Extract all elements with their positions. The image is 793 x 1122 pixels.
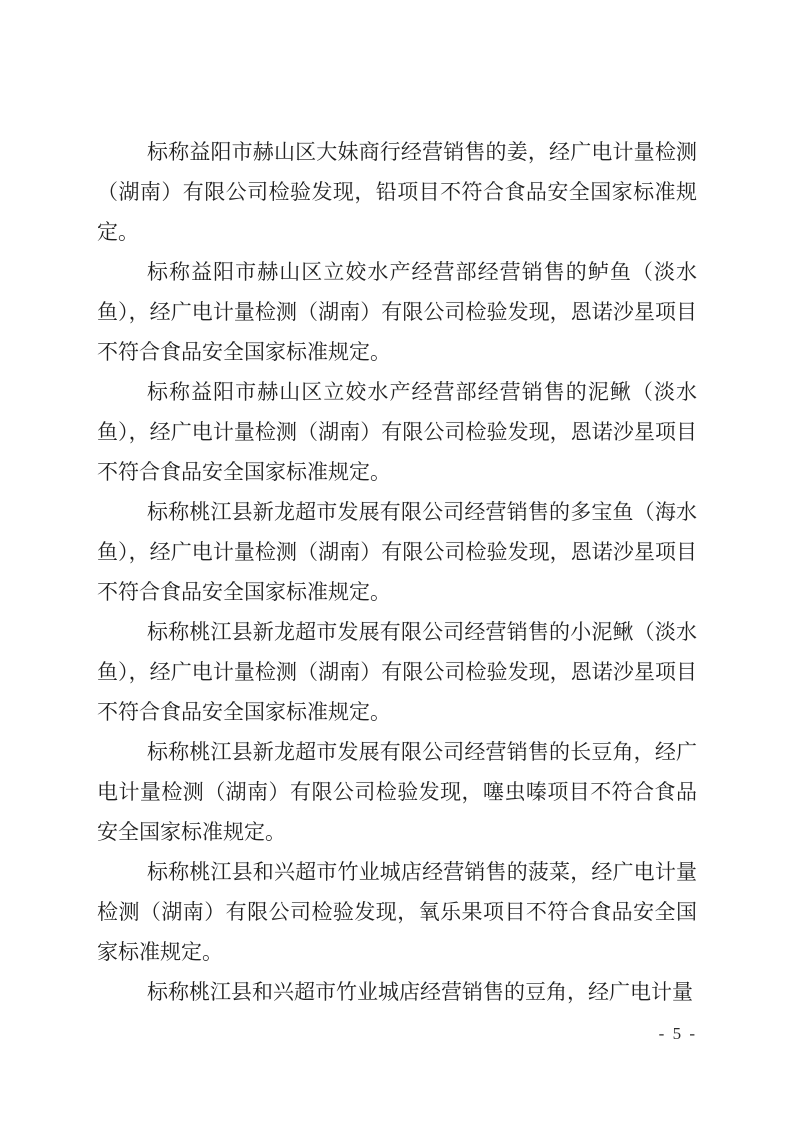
- paragraph-2: 标称益阳市赫山区立姣水产经营部经营销售的鲈鱼（淡水鱼），经广电计量检测（湖南）有…: [97, 252, 697, 372]
- paragraph-5: 标称桃江县新龙超市发展有限公司经营销售的小泥鳅（淡水鱼），经广电计量检测（湖南）…: [97, 612, 697, 732]
- page-number: - 5 -: [659, 1024, 697, 1044]
- paragraph-8: 标称桃江县和兴超市竹业城店经营销售的豆角，经广电计量: [97, 972, 697, 1012]
- paragraph-3: 标称益阳市赫山区立姣水产经营部经营销售的泥鳅（淡水鱼），经广电计量检测（湖南）有…: [97, 372, 697, 492]
- document-body: 标称益阳市赫山区大妹商行经营销售的姜，经广电计量检测（湖南）有限公司检验发现，铅…: [97, 132, 697, 1012]
- paragraph-6: 标称桃江县新龙超市发展有限公司经营销售的长豆角，经广电计量检测（湖南）有限公司检…: [97, 732, 697, 852]
- paragraph-1: 标称益阳市赫山区大妹商行经营销售的姜，经广电计量检测（湖南）有限公司检验发现，铅…: [97, 132, 697, 252]
- paragraph-4: 标称桃江县新龙超市发展有限公司经营销售的多宝鱼（海水鱼），经广电计量检测（湖南）…: [97, 492, 697, 612]
- document-page: 标称益阳市赫山区大妹商行经营销售的姜，经广电计量检测（湖南）有限公司检验发现，铅…: [0, 0, 793, 1122]
- paragraph-7: 标称桃江县和兴超市竹业城店经营销售的菠菜，经广电计量检测（湖南）有限公司检验发现…: [97, 852, 697, 972]
